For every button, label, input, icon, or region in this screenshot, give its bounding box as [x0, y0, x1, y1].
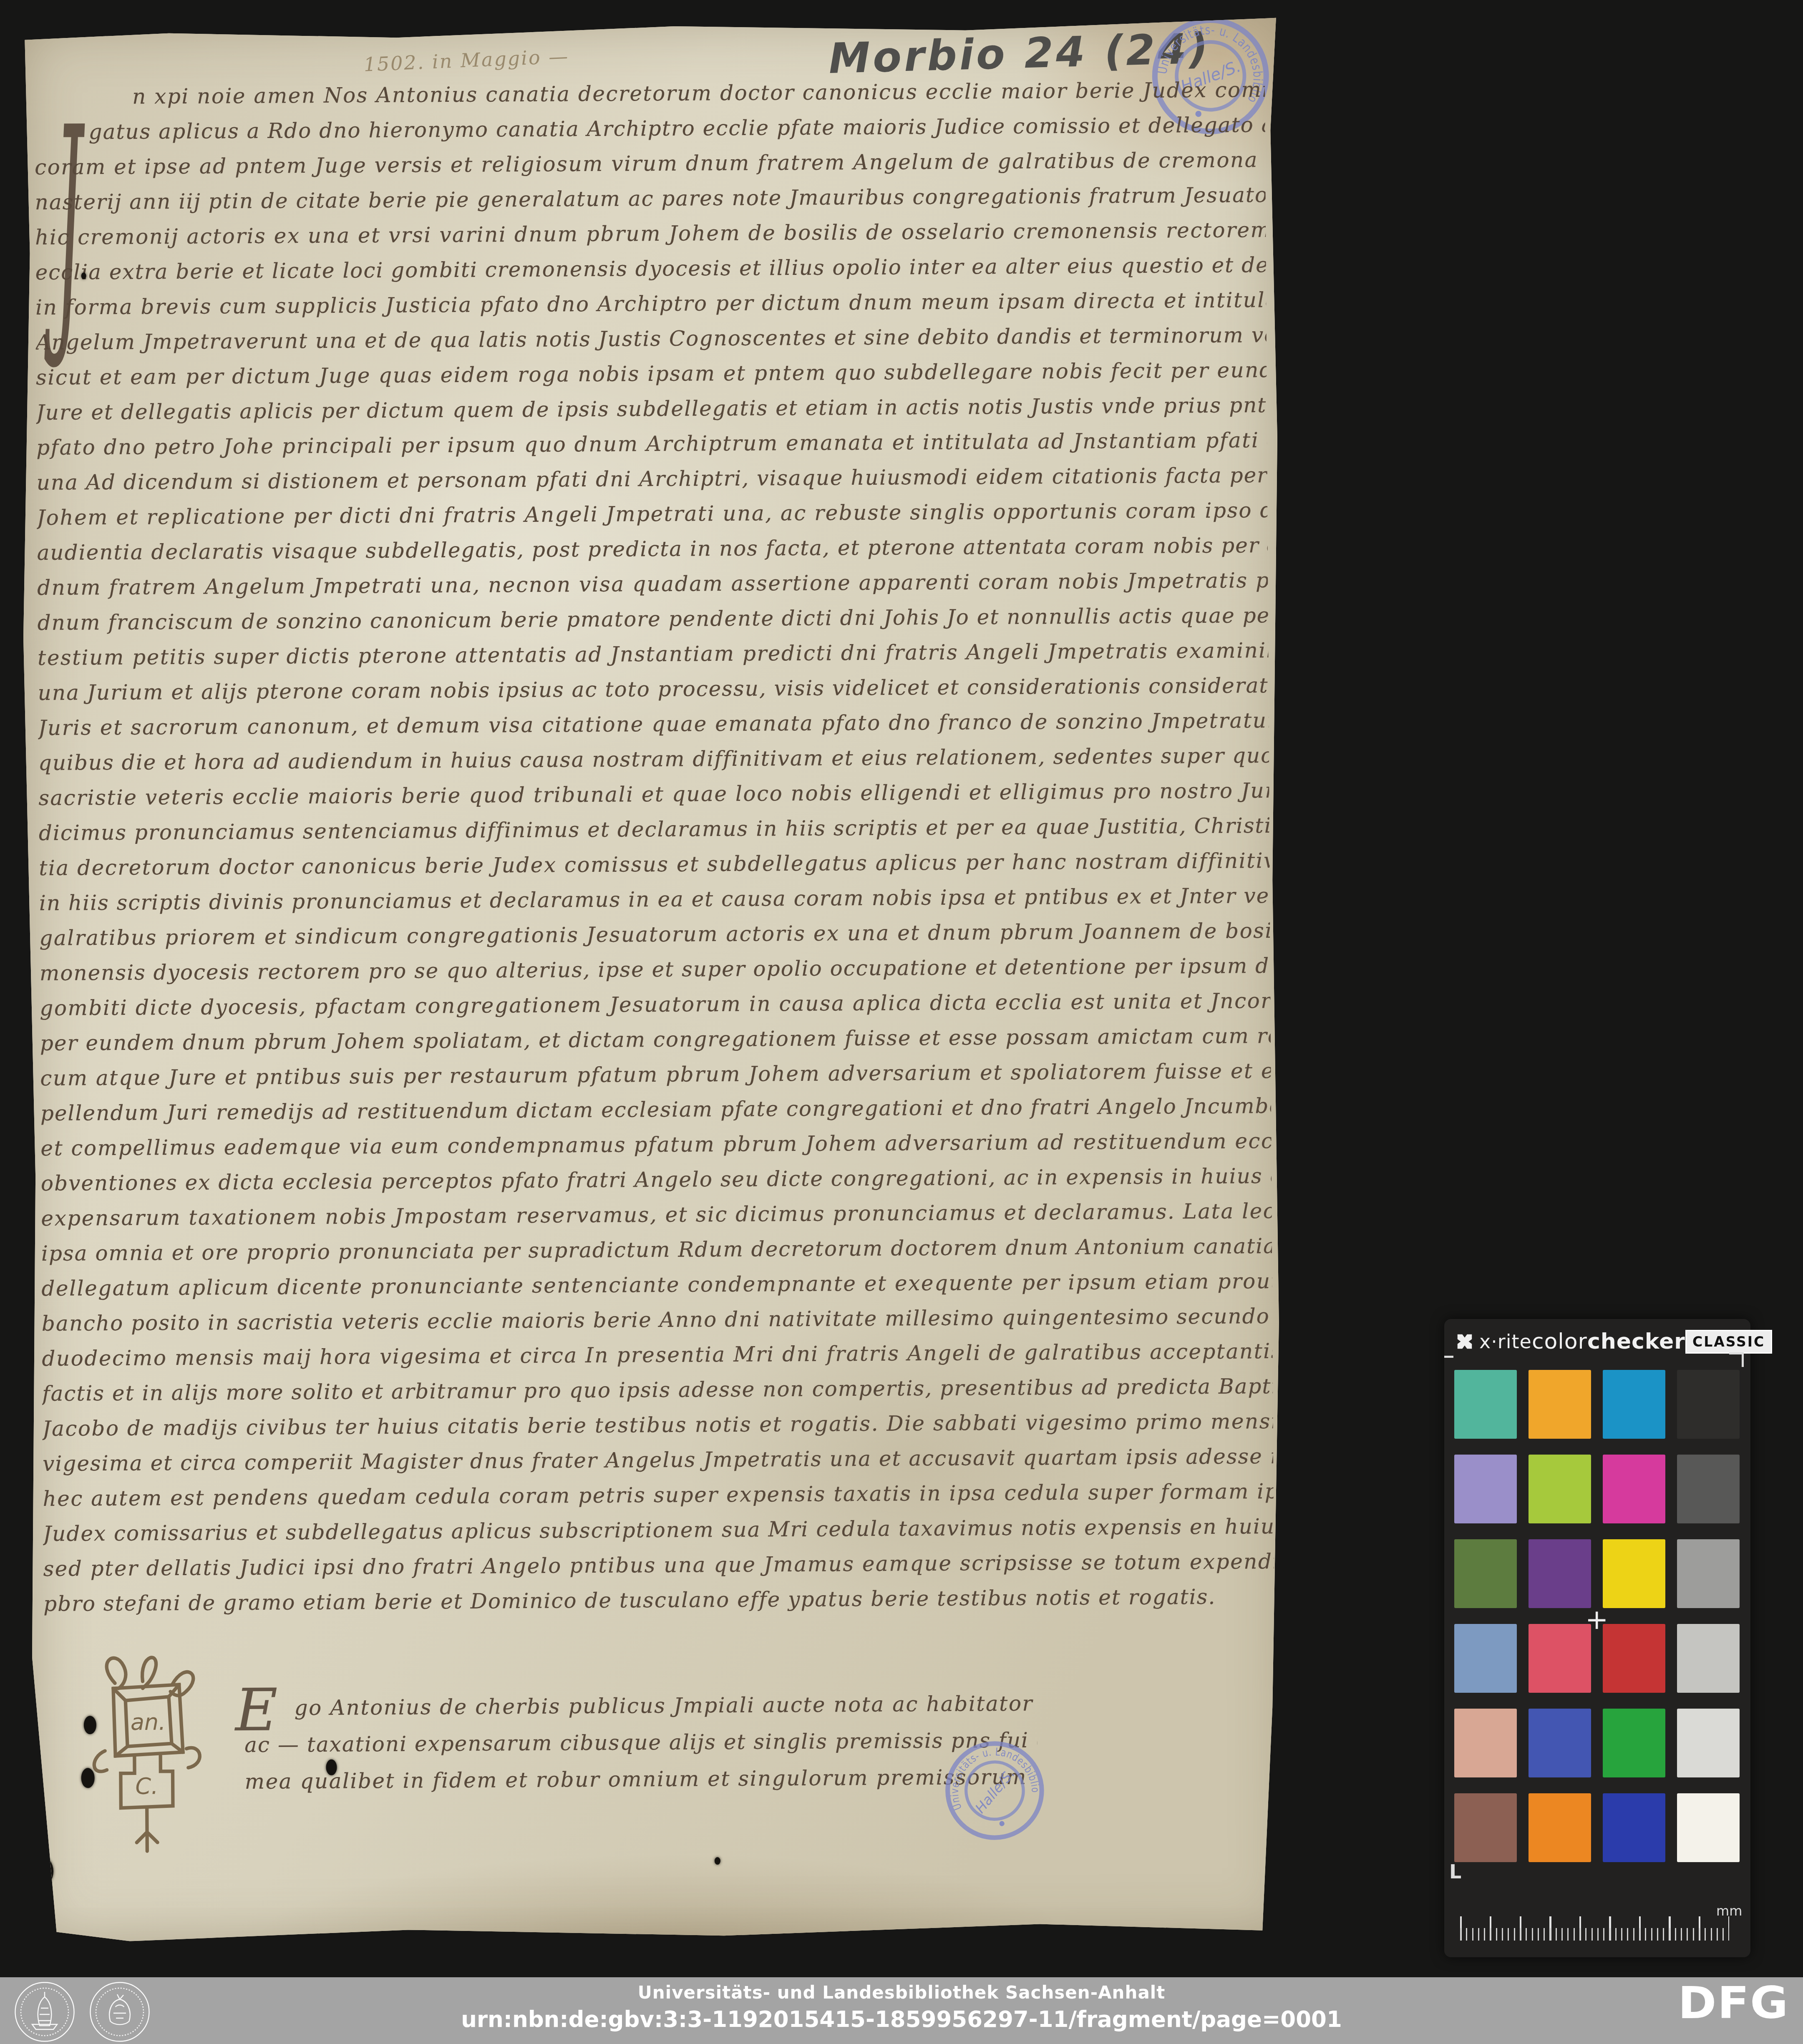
color-patch — [1529, 1624, 1591, 1693]
corner-letter: L — [1449, 1860, 1461, 1883]
color-patch — [1529, 1370, 1591, 1439]
library-stamp-icon: Universitäts- u. Landesbibliothek Halle/… — [934, 1730, 1056, 1852]
color-patch — [1454, 1370, 1517, 1439]
color-patch — [1454, 1793, 1517, 1862]
title-light: color — [1532, 1329, 1587, 1354]
color-patch — [1454, 1455, 1517, 1523]
notary-mark-icon: an. C. — [89, 1646, 203, 1873]
colorchecker-card: x·rite colorchecker CLASSIC + L mm — [1444, 1319, 1750, 1957]
ruler-minor-ticks — [1460, 1928, 1729, 1941]
urn-identifier: urn:nbn:de:gbv:3:3-1192015415-1859956297… — [461, 2007, 1342, 2032]
x-rite-icon — [1455, 1332, 1474, 1351]
stamp-center-text: Halle/S. — [972, 1765, 1018, 1816]
university-seal-icon — [13, 1981, 76, 2043]
color-patch — [1529, 1793, 1591, 1862]
color-patch — [1603, 1370, 1665, 1439]
color-patch — [1677, 1793, 1740, 1862]
color-patch — [1529, 1709, 1591, 1777]
color-patch — [1677, 1455, 1740, 1523]
parchment-hole — [81, 272, 86, 279]
color-patch — [1677, 1709, 1740, 1777]
dfg-logo: DFG — [1678, 1977, 1789, 2029]
color-patch — [1529, 1539, 1591, 1608]
color-patch — [1529, 1455, 1591, 1523]
color-patch — [1677, 1624, 1740, 1693]
university-seal-icon — [88, 1981, 151, 2043]
parchment-hole — [29, 1856, 53, 1887]
manuscript-line: go Antonius de cherbis publicus Jmpiali … — [244, 1685, 1037, 1727]
parchment-hole — [326, 1760, 337, 1775]
digitization-footer: Universitäts- und Landesbibliothek Sachs… — [0, 1977, 1803, 2044]
notary-subscription-block: go Antonius de cherbis publicus Jmpiali … — [244, 1685, 1037, 1800]
registration-tick-mark — [1444, 1356, 1453, 1358]
footer-text: Universitäts- und Landesbibliothek Sachs… — [461, 1982, 1342, 2032]
parchment-hole — [81, 1768, 95, 1788]
parchment-hole — [84, 1716, 96, 1734]
classic-badge: CLASSIC — [1685, 1330, 1772, 1354]
x-rite-label: x·rite — [1479, 1330, 1532, 1353]
color-patch — [1603, 1793, 1665, 1862]
parchment-page: 1502. in Maggio — Morbio 24 (24) Univers… — [17, 15, 1293, 1946]
manuscript-text-block: n xpi noie amen Nos Antonius canatia dec… — [34, 78, 1274, 1627]
library-name: Universitäts- und Landesbibliothek Sachs… — [461, 1982, 1342, 2003]
parchment-hole — [715, 1857, 720, 1865]
notary-mark-lower-text: C. — [135, 1773, 158, 1799]
mm-ruler — [1460, 1915, 1729, 1941]
color-patch — [1454, 1539, 1517, 1608]
manuscript-line: ac — taxationi expensarum cibusque alijs… — [244, 1722, 1037, 1763]
color-patch — [1677, 1370, 1740, 1439]
manuscript-line: mea qualibet in fidem et robur omnium et… — [244, 1758, 1037, 1800]
color-patch — [1603, 1455, 1665, 1523]
colorchecker-title: colorchecker — [1532, 1329, 1685, 1354]
notary-mark-upper-text: an. — [131, 1709, 166, 1736]
date-annotation: 1502. in Maggio — — [363, 45, 570, 76]
color-patch — [1454, 1624, 1517, 1693]
color-patch — [1603, 1709, 1665, 1777]
registration-corner-mark — [1729, 1352, 1744, 1367]
manuscript-line: pbro stefani de gramo etiam berie et Dom… — [43, 1584, 1274, 1627]
parchment-hole — [141, 1944, 149, 1955]
scan-stage: 1502. in Maggio — Morbio 24 (24) Univers… — [0, 0, 1803, 2044]
ruler-unit-label: mm — [1716, 1903, 1742, 1919]
color-patch — [1603, 1539, 1665, 1608]
crosshair-mark: + — [1585, 1603, 1608, 1636]
colorchecker-header: x·rite colorchecker CLASSIC — [1455, 1329, 1740, 1354]
color-patch — [1677, 1539, 1740, 1608]
x-rite-logo: x·rite — [1455, 1330, 1532, 1353]
title-bold: checker — [1587, 1329, 1685, 1354]
color-patch — [1454, 1709, 1517, 1777]
color-patch — [1603, 1624, 1665, 1693]
